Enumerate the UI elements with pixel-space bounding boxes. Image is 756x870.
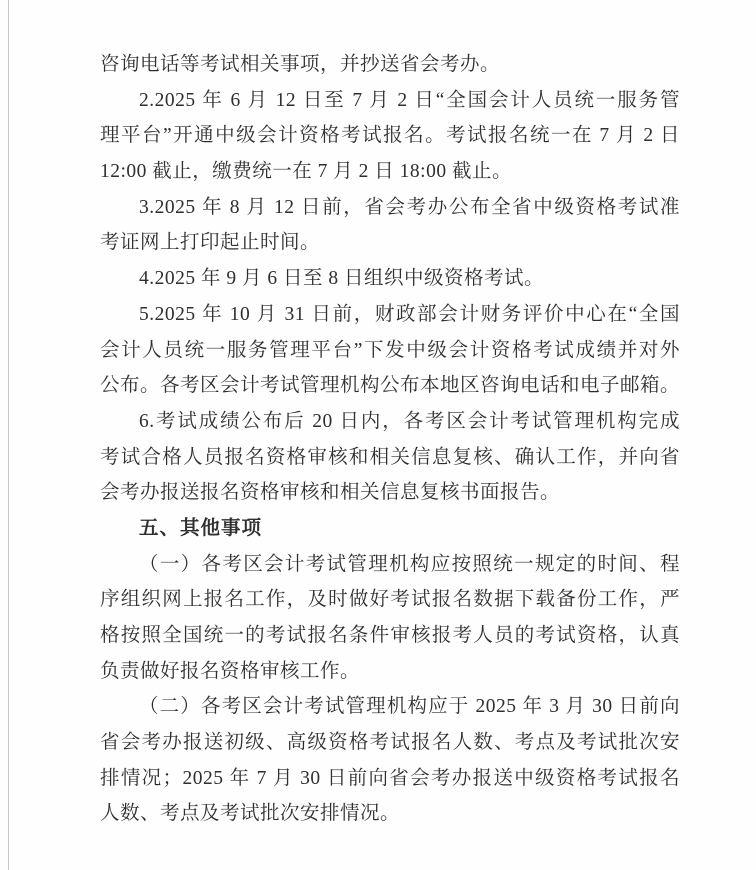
scanned-document-page: 咨询电话等考试相关事项，并抄送省会考办。 2.2025 年 6 月 12 日至 … bbox=[0, 0, 756, 870]
document-line: 12:00 截止，缴费统一在 7 月 2 日 18:00 截止。 bbox=[100, 154, 680, 190]
document-line: 6.考试成绩公布后 20 日内，各考区会计考试管理机构完成 bbox=[100, 404, 680, 440]
document-line: 4.2025 年 9 月 6 日至 8 日组织中级资格考试。 bbox=[100, 261, 680, 297]
document-line: 3.2025 年 8 月 12 日前，省会考办公布全省中级资格考试准 bbox=[100, 190, 680, 226]
document-line: （二）各考区会计考试管理机构应于 2025 年 3 月 30 日前向 bbox=[100, 689, 680, 725]
document-line: 会考办报送报名资格审核和相关信息复核书面报告。 bbox=[100, 475, 680, 511]
document-line: 省会考办报送初级、高级资格考试报名人数、考点及考试批次安 bbox=[100, 725, 680, 761]
scan-edge-line bbox=[8, 0, 9, 870]
document-text-block: 咨询电话等考试相关事项，并抄送省会考办。 2.2025 年 6 月 12 日至 … bbox=[100, 47, 680, 832]
document-line: 考证网上打印起止时间。 bbox=[100, 225, 680, 261]
section-heading: 五、其他事项 bbox=[100, 511, 680, 547]
document-line: 理平台”开通中级会计资格考试报名。考试报名统一在 7 月 2 日 bbox=[100, 118, 680, 154]
document-line: 负责做好报名资格审核工作。 bbox=[100, 654, 680, 690]
document-line: 咨询电话等考试相关事项，并抄送省会考办。 bbox=[100, 47, 680, 83]
document-line: 会计人员统一服务管理平台”下发中级会计资格考试成绩并对外 bbox=[100, 333, 680, 369]
document-line: （一）各考区会计考试管理机构应按照统一规定的时间、程 bbox=[100, 547, 680, 583]
document-line: 排情况；2025 年 7 月 30 日前向省会考办报送中级资格考试报名 bbox=[100, 761, 680, 797]
document-line: 考试合格人员报名资格审核和相关信息复核、确认工作，并向省 bbox=[100, 440, 680, 476]
document-line: 5.2025 年 10 月 31 日前，财政部会计财务评价中心在“全国 bbox=[100, 297, 680, 333]
document-line: 公布。各考区会计考试管理机构公布本地区咨询电话和电子邮箱。 bbox=[100, 368, 680, 404]
document-line: 2.2025 年 6 月 12 日至 7 月 2 日“全国会计人员统一服务管 bbox=[100, 83, 680, 119]
document-line: 序组织网上报名工作，及时做好考试报名数据下载备份工作，严 bbox=[100, 582, 680, 618]
document-line: 格按照全国统一的考试报名条件审核报考人员的考试资格，认真 bbox=[100, 618, 680, 654]
document-line: 人数、考点及考试批次安排情况。 bbox=[100, 796, 680, 832]
